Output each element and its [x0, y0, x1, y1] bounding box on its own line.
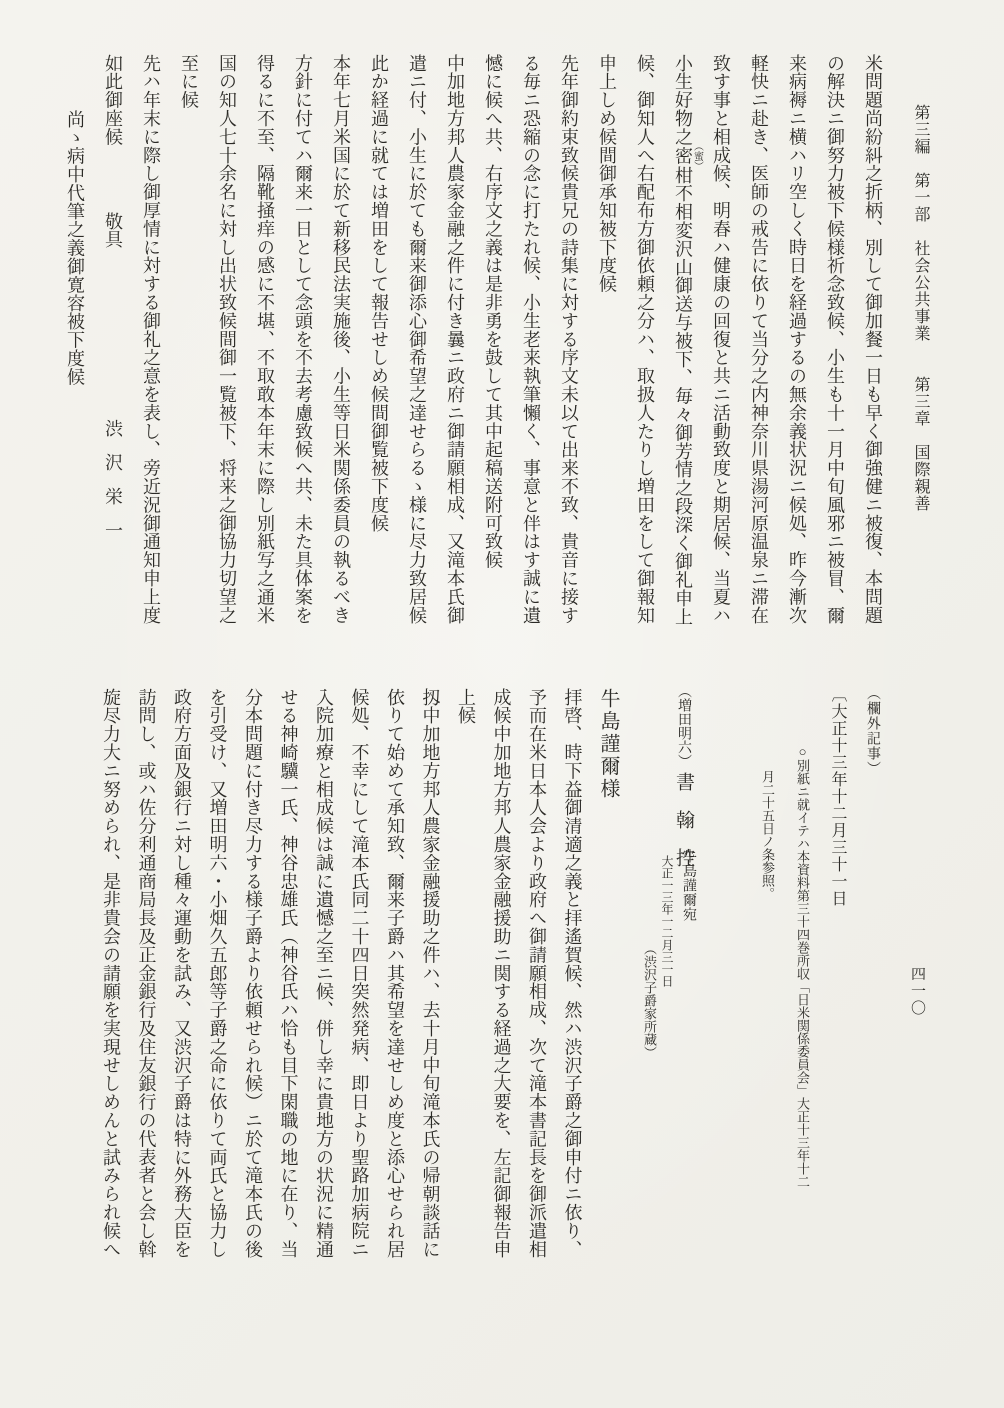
text-column: 憾に候へ共、右序文之義は是非勇を鼓して其中起稿送附可致候 — [474, 54, 512, 642]
text-column: 中加地方邦人農家金融之件に付き曩ニ政府ニ御請願相成、又滝本氏御 — [436, 54, 474, 642]
text-column: 遣ニ付、小生に於ても爾来御添心御希望之達せらるゝ様に尽力致居候 — [398, 54, 436, 642]
text-column: 先年御約束致候貴兄の詩集に対する序文未以て出来不致、貴音に接す — [550, 54, 588, 642]
text-column: 拝啓、時下益御清適之義と拝遙賀候、然ハ渋沢子爵之御申付ニ依り、 — [554, 688, 590, 1268]
text-column: 得るに不至、隔靴掻痒の感に不堪、不取敢本年末に際し別紙写之通米 — [246, 54, 284, 642]
gloss-annotation: （蜜） — [692, 141, 703, 171]
letter2-addressee-note: 牛島謹爾宛 — [678, 849, 698, 922]
text-run: 柑不相変沢山御送与被下、毎々御芳情之段深く御礼申上 — [673, 166, 693, 626]
text-column: 先ハ年末に際し御厚情に対する御礼之意を表し、旁近況御通知申上度 — [132, 54, 170, 642]
closing-line: 如此御座候敬具渋沢栄一 — [94, 54, 132, 642]
letter2-author: （増田明六） — [676, 684, 691, 768]
text-column: 旋尽力大ニ努められ、是非貴会の請願を実現せしめんと試みられ候へ — [93, 688, 129, 1268]
text-column: 致す事と相成候、明春ハ健康の回復と共ニ活動致度と期居候、当夏ハ — [702, 54, 740, 642]
text-column: 軽快ニ赴き、医師の戒告に依りて当分之内神奈川県湯河原温泉ニ滞在 — [740, 54, 778, 642]
letter1-body: 米問題尚紛糾之折柄、別して御加餐一日も早く御強健ニ被復、本問題 の解決ニ御努力被… — [56, 54, 892, 642]
text-column: 扨中加地方邦人農家金融援助之件ハ、去十月中旬滝本氏の帰朝談話に — [412, 688, 448, 1268]
text-column: せる神崎驥一氏、神谷忠雄氏（神谷氏ハ恰も目下閑職の地に在り、当 — [270, 688, 306, 1268]
text-column: を引受け、又増田明六・小畑久五郎等子爵之命に依りて両氏と協力し — [199, 688, 235, 1268]
text-column: 本年七月米国に於て新移民法実施後、小生等日米関係委員の執るべき — [322, 54, 360, 642]
text-column: る毎ニ恐縮の念に打たれ候、小生老来執筆懶く、事意と伴はす誠に遺 — [512, 54, 550, 642]
text-column: 候処、不幸にして滝本氏同二十四日突然発病、即日より聖路加病院ニ — [341, 688, 377, 1268]
text-column: の解決ニ御努力被下候様祈念致候、小生も十一月中旬風邪ニ被冒、爾 — [816, 54, 854, 642]
text-column: 分本問題に付き尽力する様子爵より依頼せられ候）ニ於て滝本氏の後 — [235, 688, 271, 1268]
closing-respect: 敬具 — [103, 212, 123, 249]
text-column: 米問題尚紛糾之折柄、別して御加餐一日も早く御強健ニ被復、本問題 — [854, 54, 892, 642]
postscript-line: 尚ゝ病中代筆之義御寛容被下度候 — [56, 54, 94, 642]
marginal-note-reference: ○別紙ニ就イテハ本資料第三十四巻所収「日米関係委員会」大正十三年十二 — [785, 686, 820, 1286]
running-header: 第三編 第一部 社会公共事業 第三章 国際親善 — [909, 104, 932, 512]
letter2-heading: （増田明六）書 翰 控 — [664, 684, 702, 867]
text-column: 成候中加地方邦人農家金融援助ニ関する経過之大要を、左記御報告申 — [483, 688, 519, 1268]
letter2-provenance: （渋沢子爵家所蔵） — [640, 942, 659, 1059]
marginal-note-reference: 月二十五日ノ条参照。 — [750, 686, 785, 1286]
text-column-with-gloss: 小生好物之密（蜜）柑不相変沢山御送与被下、毎々御芳情之段深く御礼申上 — [664, 54, 702, 642]
letter2-date-note: 大正一三年一二月三一日 — [659, 855, 676, 987]
scanned-document-page: 第三編 第一部 社会公共事業 第三章 国際親善 四一〇 米問題尚紛糾之折柄、別し… — [0, 0, 1004, 1408]
signature-shibusawa-eiichi: 渋沢栄一 — [103, 419, 123, 555]
text-column: 候、御知人へ右配布方御依頼之分ハ、取扱人たりし増田をして御報知 — [626, 54, 664, 642]
closing-phrase: 如此御座候 — [103, 54, 123, 146]
text-run: 小生好物之 — [673, 54, 693, 146]
text-column: 政府方面及銀行ニ対し種々運動を試み、又渋沢子爵は特に外務大臣を — [164, 688, 200, 1268]
text-column: 国の知人七十余名に対し出状致候間御一覧被下、将来之御協力切望之 — [208, 54, 246, 642]
page-number: 四一〇 — [907, 966, 928, 1017]
text-column: 訪問し、或ハ佐分利通商局長及正金銀行及住友銀行の代表者と会し斡 — [128, 688, 164, 1268]
marginal-note-date: 〔大正十三年十二月三十一日 — [820, 686, 855, 1286]
letter2-salutation: 牛島謹爾様 — [590, 688, 626, 1268]
text-column: 来病褥ニ横ハリ空しく時日を経過するの無余義状況ニ候処、昨今漸次 — [778, 54, 816, 642]
marginal-note: （欄外記事） 〔大正十三年十二月三十一日 ○別紙ニ就イテハ本資料第三十四巻所収「… — [750, 686, 890, 1286]
marginal-note-label: （欄外記事） — [855, 686, 890, 1286]
glossed-character: 密（蜜） — [673, 146, 693, 166]
text-column: 入院加療と相成候は誠に遺憾之至ニ候、併し幸に貴地方の状況に精通 — [306, 688, 342, 1268]
text-column: 此か経過に就ては増田をして報告せしめ候間御覧被下度候 — [360, 54, 398, 642]
text-column: 上候 — [448, 688, 484, 1268]
letter2-body: 牛島謹爾様 拝啓、時下益御清適之義と拝遙賀候、然ハ渋沢子爵之御申付ニ依り、 予而… — [93, 688, 626, 1268]
text-column: 予而在米日本人会より政府へ御請願相成、次て滝本書記長を御派遣相 — [519, 688, 555, 1268]
text-column: 方針に付てハ爾来一日として念頭を不去考慮致候へ共、未た具体案を — [284, 54, 322, 642]
text-column: 至に候 — [170, 54, 208, 642]
text-column: 申上しめ候間御承知被下度候 — [588, 54, 626, 642]
text-column: 依りて始めて承知致、爾来子爵ハ其希望を達せしめ度と添心せられ居 — [377, 688, 413, 1268]
